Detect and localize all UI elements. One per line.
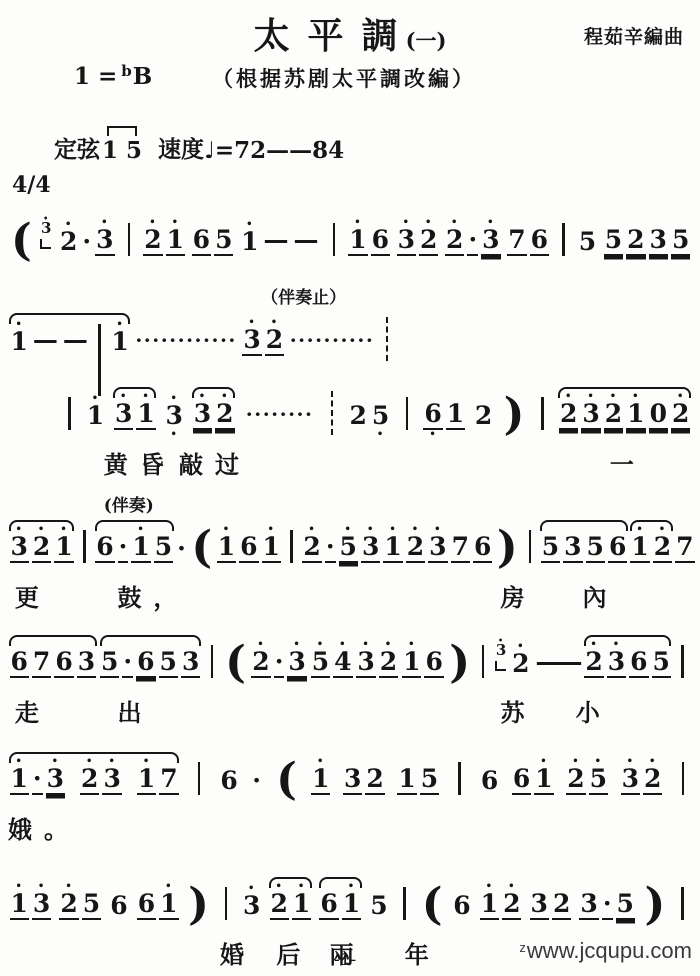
note-group: (: [8, 219, 35, 265]
dash-note: —: [262, 218, 289, 265]
note-group: [673, 887, 692, 929]
note-glyph: 6: [512, 766, 531, 795]
note-glyph: 0: [649, 401, 668, 430]
note-glyph: 1: [397, 766, 416, 795]
note-glyph: 2: [302, 534, 321, 563]
note-glyph: 1: [136, 401, 155, 430]
note-glyph: 3: [343, 766, 362, 795]
augmentation-dot: ·: [274, 640, 285, 687]
note-group: ——: [533, 640, 582, 687]
note-group: •3: [493, 636, 508, 687]
note: 5: [616, 882, 635, 929]
note-glyph: 2: [445, 227, 464, 256]
note-group: 6•1: [135, 882, 180, 929]
note: 5: [214, 218, 233, 265]
note-glyph: ): [503, 393, 526, 437]
note-glyph: 1: [402, 649, 421, 678]
note: 6: [192, 218, 211, 265]
note-group: [673, 645, 692, 687]
slur-group: 5·653: [99, 640, 202, 687]
note: •2: [604, 392, 623, 439]
note-group: •1•2: [478, 882, 523, 929]
note-glyph: 3: [77, 649, 96, 678]
note: •1: [348, 218, 367, 265]
note-group: (: [188, 526, 215, 572]
note: •2: [80, 757, 99, 804]
note: 6: [608, 525, 627, 572]
grace-hook: [495, 661, 506, 671]
note-glyph: 2: [265, 327, 284, 356]
bar-line: [333, 223, 336, 256]
note-group: ): [446, 641, 473, 687]
note-glyph: 6: [424, 649, 443, 678]
note-glyph: ············: [134, 330, 238, 352]
note: 3: [530, 882, 549, 929]
note: 2: [349, 394, 368, 439]
lyric: 敲过: [179, 445, 251, 480]
note-group: 5: [576, 220, 598, 265]
note-glyph: 3: [242, 327, 261, 356]
page-title: 太平調: [254, 16, 416, 57]
bar-line: [681, 887, 684, 920]
parenthesis: (: [421, 883, 444, 927]
note-glyph: 1: [383, 534, 402, 563]
note-glyph: —: [62, 327, 89, 356]
page-number: -1-: [334, 950, 356, 970]
note: •2: [32, 525, 51, 572]
note-group: 6: [108, 884, 130, 929]
slur-group: •3•2•1: [8, 525, 75, 572]
note: •1: [240, 220, 259, 265]
note-glyph: 2: [552, 891, 571, 920]
note: 5: [586, 525, 605, 572]
note-glyph: 2: [653, 534, 672, 563]
note-glyph: 2: [143, 227, 162, 256]
note-glyph: 1: [217, 534, 236, 563]
note-glyph: 1: [86, 403, 105, 430]
note-glyph: 3: [102, 766, 121, 795]
note-group: 76: [506, 218, 551, 265]
note-glyph: 3: [361, 534, 380, 563]
octave-dot-below: •: [377, 430, 384, 439]
note-glyph: 2: [365, 766, 384, 795]
note-glyph: ): [448, 641, 471, 685]
note-group: •3•2: [395, 218, 440, 265]
note: •1: [342, 882, 361, 929]
note-glyph: 3: [181, 649, 200, 678]
note-glyph: 1: [262, 534, 281, 563]
note-group: [325, 223, 344, 265]
dotted-continuation: ········: [245, 399, 315, 439]
note-glyph: 6: [319, 891, 338, 920]
note-glyph: ·: [325, 534, 336, 563]
note: •1: [86, 394, 105, 439]
note-glyph: ·: [118, 534, 129, 563]
note-glyph: —: [262, 227, 289, 256]
note: •3: [581, 392, 600, 439]
note-glyph: 5: [100, 649, 119, 678]
note: •5: [589, 757, 608, 804]
note: •3: [242, 884, 261, 929]
bar-line: [458, 762, 461, 795]
long-dash-note: ——: [534, 640, 580, 687]
note-glyph: —: [32, 327, 59, 356]
note-glyph: 6: [473, 534, 492, 563]
note-group: (: [273, 758, 300, 804]
note-glyph: ): [644, 883, 667, 927]
note: 6: [239, 525, 258, 572]
note: •3: [32, 882, 51, 929]
note-glyph: 2: [511, 651, 530, 678]
score: (•3•2·•3•2•165•1——•16•3•2•2·•37655235（伴奏…: [8, 202, 692, 976]
note-group: •1: [84, 394, 106, 439]
note-group: •25: [58, 882, 103, 929]
note-glyph: 3: [356, 649, 375, 678]
bar-line: [128, 223, 131, 256]
note: 3: [181, 640, 200, 687]
note: 7: [159, 757, 178, 804]
note: •1: [402, 640, 421, 687]
slur-group: 6•1: [318, 882, 363, 929]
notes-row: •1•3•2566•1)•3•2•16•15(6•1•2323·5): [8, 870, 692, 929]
note: 3: [77, 640, 96, 687]
note-glyph: 7: [675, 534, 694, 563]
annotation-row: (伴奏): [8, 491, 692, 513]
note-group: ): [642, 883, 669, 929]
music-line: •1•3•1•3••3•2········25•6•12)•2•3•2•10•2…: [8, 379, 692, 475]
lyrics-row: 娥。: [8, 808, 692, 840]
note-glyph: 2: [671, 401, 690, 430]
note-group: 65: [190, 218, 235, 265]
music-line: (•3•2·•3•2•165•1——•16•3•2•2·•37655235: [8, 202, 692, 265]
note-glyph: ·: [81, 229, 92, 256]
note-glyph: 3: [649, 227, 668, 256]
note-glyph: 1: [240, 229, 259, 256]
note: •2: [671, 392, 690, 439]
accompaniment-label: （伴奏止）: [261, 283, 346, 308]
augmentation-dot: ·: [602, 882, 613, 929]
note: •2: [270, 882, 289, 929]
music-line: •1·•3•2•3•176·(•1321566•1•2•5•3•2娥。: [8, 745, 692, 840]
lyric: 出: [117, 693, 153, 728]
time-signature: 4/4: [12, 172, 51, 198]
note: •3: [621, 757, 640, 804]
note: 1: [446, 392, 465, 439]
note: 5: [100, 640, 119, 687]
note: •3: [361, 525, 380, 572]
note-glyph: 5: [371, 403, 390, 430]
note-group: ········: [242, 399, 318, 439]
note-glyph: 3: [114, 401, 133, 430]
note-group: •2·•3: [250, 640, 309, 687]
note: •3: [242, 318, 261, 365]
note-group: 2: [472, 394, 494, 439]
note-glyph: 7: [507, 227, 526, 256]
note-glyph: 2: [604, 401, 623, 430]
note-glyph: 2: [80, 766, 99, 795]
note-glyph: 3: [397, 227, 416, 256]
note: •1: [159, 882, 178, 929]
note: •1: [262, 525, 281, 572]
note: 5: [420, 757, 439, 804]
note-glyph: 1: [311, 766, 330, 795]
note-glyph: 2: [251, 649, 270, 678]
parenthesis: (: [190, 526, 213, 570]
note: 5: [154, 525, 173, 572]
note: •5: [339, 525, 358, 572]
note: 7: [675, 525, 694, 572]
note: 5: [82, 882, 101, 929]
note-glyph: 2: [502, 891, 521, 920]
note-glyph: 7: [451, 534, 470, 563]
note-group: •16: [401, 640, 446, 687]
note-glyph: 1: [166, 227, 185, 256]
note-glyph: 6: [192, 227, 211, 256]
notes-row: (•3•2·•3•2•165•1——•16•3•2•2·•37655235: [8, 202, 692, 265]
note: 6: [512, 757, 531, 804]
note: •1: [54, 525, 73, 572]
slur-group: •1•2: [629, 525, 674, 572]
bar-line: [225, 887, 228, 920]
tempo-label: 速度: [158, 131, 204, 164]
augmentation-dot: ·: [467, 218, 478, 265]
lyric: 苏: [500, 693, 536, 728]
note-glyph: 6: [629, 649, 648, 678]
lyric: 更: [15, 578, 51, 613]
note-glyph: 3: [242, 893, 261, 920]
note-group: [282, 530, 301, 572]
note-glyph: 5: [589, 766, 608, 795]
notes-row: •1•3•1•3••3•2········25•6•12)•2•3•2•10•2: [8, 379, 692, 439]
note-glyph: ): [187, 883, 210, 927]
note-glyph: (: [421, 883, 444, 927]
note-glyph: 3: [193, 401, 212, 430]
augmentation-dot: ·: [325, 525, 336, 572]
note-group: [323, 391, 341, 439]
music-line: (伴奏)•3•2•16·•15·(•16•1•2·•5•3•1•2•376)53…: [8, 491, 692, 608]
note-glyph: 2: [215, 401, 234, 430]
note: •1: [630, 525, 649, 572]
note: 2: [626, 218, 645, 265]
note-group: (: [419, 883, 446, 929]
note-glyph: 3: [165, 403, 184, 430]
note-glyph: 6: [371, 227, 390, 256]
lyrics-row: 黄昏敲过一: [8, 443, 692, 475]
note: •1: [480, 882, 499, 929]
lyric: 年: [405, 935, 441, 970]
note-glyph: 7: [159, 766, 178, 795]
note-glyph: 5: [369, 893, 388, 920]
note-group: ): [501, 393, 528, 439]
note: 2: [365, 757, 384, 804]
tuning-notes: 1 5: [102, 126, 142, 164]
note-glyph: (: [190, 526, 213, 570]
note-group: [450, 762, 469, 804]
annotation-row: （伴奏止）: [8, 283, 692, 305]
note-glyph: 5: [82, 891, 101, 920]
note-glyph: 6: [137, 891, 156, 920]
augmentation-dot: ·: [122, 640, 133, 687]
lyric: 內: [583, 578, 619, 613]
note-group: ·: [250, 759, 264, 804]
watermark: zwww.jcqupu.com: [519, 938, 692, 964]
note-glyph: 5: [311, 649, 330, 678]
note: 2: [474, 394, 493, 439]
note-group: •5•4: [309, 640, 354, 687]
music-line: 67635·653(•2·•3•5•4•3•2•16)•3•2——•2•365走…: [8, 624, 692, 723]
parenthesis: ): [644, 883, 667, 927]
note-glyph: 6: [530, 227, 549, 256]
note-glyph: 1: [292, 891, 311, 920]
note-group: •3•2: [619, 757, 664, 804]
lyric: 婚 后: [220, 935, 312, 970]
note-glyph: ·: [122, 649, 133, 678]
tuning-label: 定弦: [54, 131, 100, 164]
music-line: （伴奏止）•1——•1············•3•2··········: [8, 283, 692, 365]
note-glyph: 3: [581, 401, 600, 430]
note-group: [60, 397, 79, 439]
quarter-note-icon: ♩: [204, 137, 215, 164]
note-glyph: 6: [136, 649, 155, 678]
note-glyph: ·: [602, 891, 613, 920]
note: 1: [397, 757, 416, 804]
note-glyph: 2: [59, 891, 78, 920]
slur-group: •1——•1: [8, 318, 131, 365]
note-group: ·: [175, 527, 189, 572]
note: •3: [102, 757, 121, 804]
note: •1: [626, 392, 645, 439]
note-glyph: 2: [566, 766, 585, 795]
note: 5: [671, 218, 690, 265]
augmentation-dot: ·: [176, 527, 187, 572]
lyric: 黄昏: [104, 445, 176, 480]
lyric: 一: [610, 445, 646, 480]
note-group: [120, 223, 139, 265]
bar-line: [290, 530, 293, 563]
bar-line: [211, 645, 214, 678]
parenthesis: (: [224, 641, 247, 685]
note: 5: [369, 884, 388, 929]
notes-row: •1——•1············•3•2··········: [8, 305, 692, 365]
slur-group: 6·•15: [94, 525, 175, 572]
note-glyph: 1: [10, 329, 29, 356]
note-glyph: 5: [671, 227, 690, 256]
parenthesis: ): [503, 393, 526, 437]
note-glyph: 6: [608, 534, 627, 563]
note-glyph: 1: [54, 534, 73, 563]
note-group: •1: [310, 757, 332, 804]
note-group: •3•2: [241, 318, 286, 365]
note-glyph: 5: [586, 534, 605, 563]
note-group: [395, 887, 414, 929]
note-glyph: 6: [452, 893, 471, 920]
note: •1: [10, 882, 29, 929]
note-glyph: 6: [54, 649, 73, 678]
note-group: ): [494, 526, 521, 572]
note: •2: [143, 218, 162, 265]
note-glyph: 6: [480, 768, 499, 795]
note-group: [674, 762, 693, 804]
bar-line: [68, 397, 71, 430]
note-glyph: 2: [559, 401, 578, 430]
note: •2: [445, 218, 464, 265]
note-group: [533, 397, 552, 439]
note: •1: [534, 757, 553, 804]
note: •5: [311, 640, 330, 687]
slur-group: 6763: [8, 640, 98, 687]
note-glyph: ··········: [289, 330, 376, 352]
note-group: •1•3: [8, 882, 53, 929]
note: •2: [643, 757, 662, 804]
note-group: •3: [241, 884, 263, 929]
slur-group: •1·•3•2•3•17: [8, 757, 180, 804]
note: •1: [383, 525, 402, 572]
title-number: (一): [406, 28, 447, 53]
note-group: •3•2: [355, 640, 400, 687]
note: 6: [10, 640, 29, 687]
note-group: 25•: [347, 394, 392, 439]
note-glyph: 3: [428, 534, 447, 563]
note: 6: [480, 759, 499, 804]
slur-group: •3•1: [112, 392, 157, 439]
note-glyph: 2: [419, 227, 438, 256]
note-glyph: 3: [95, 227, 114, 256]
note-group: (: [222, 641, 249, 687]
note: •3: [356, 640, 375, 687]
note-glyph: 2: [32, 534, 51, 563]
slur-group: •2•3•2•10•2: [557, 392, 691, 439]
note-glyph: 1: [534, 766, 553, 795]
parenthesis: ): [448, 641, 471, 685]
note-glyph: 3: [621, 766, 640, 795]
note-group: ): [185, 883, 212, 929]
tie-bracket: [107, 126, 137, 136]
note-group: ············: [131, 325, 241, 365]
note-group: 6: [478, 759, 500, 804]
note: •2: [653, 525, 672, 572]
note-glyph: 2: [270, 891, 289, 920]
tuning-tempo-row: 定弦 1 5 速度 ♩ =72——84: [54, 126, 344, 164]
note: 5: [159, 640, 178, 687]
composer-credit: 程茹辛編曲: [584, 22, 684, 49]
note: 6: [109, 884, 128, 929]
augmentation-dot: ·: [32, 757, 43, 804]
parenthesis: (: [275, 758, 298, 802]
note-glyph: 1: [348, 227, 367, 256]
note: •3: [481, 218, 500, 265]
note-glyph: 6: [95, 534, 114, 563]
note-group: [217, 887, 236, 929]
note: •3: [193, 392, 212, 439]
note: •3: [10, 525, 29, 572]
note-glyph: 1: [110, 329, 129, 356]
note: •3: [95, 218, 114, 265]
parenthesis: ): [496, 526, 519, 570]
note-group: •2•5: [565, 757, 610, 804]
note-glyph: ·: [32, 766, 43, 795]
sheet-music-page: 太平調(一) 程茹辛編曲 1 =bB （根据苏剧太平調改編） 定弦 1 5 速度…: [0, 0, 700, 976]
note: •2: [559, 392, 578, 439]
note: 6: [319, 882, 338, 929]
note-glyph: 3: [32, 891, 51, 920]
note: •4: [333, 640, 352, 687]
augmentation-dot: ·: [81, 220, 92, 265]
note: 6: [136, 640, 155, 687]
note-glyph: 5: [578, 229, 597, 256]
note-group: •3•: [163, 394, 185, 439]
note: •2: [59, 220, 78, 265]
note-group: •2•1: [142, 218, 187, 265]
